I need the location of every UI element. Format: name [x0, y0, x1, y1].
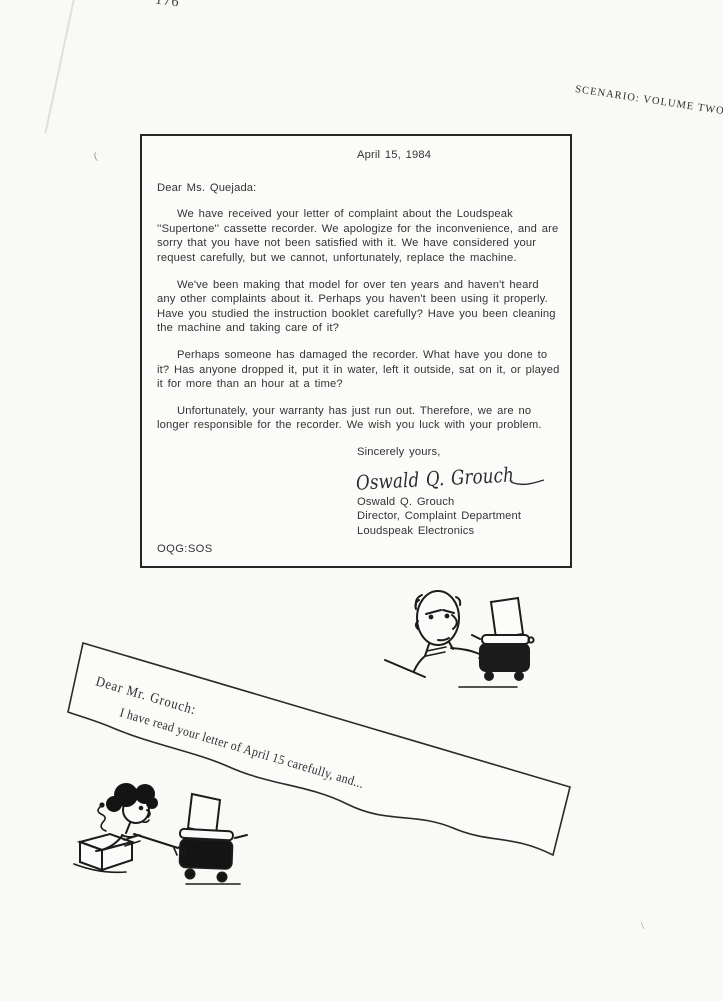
handwritten-signature: Oswald Q. Grouch [351, 461, 546, 495]
letter-document: April 15, 1984 Dear Ms. Quejada: We have… [140, 134, 572, 568]
reference-initials: OQG:SOS [157, 542, 213, 557]
page-number: 176 [154, 0, 181, 11]
typewriter-wheel [186, 870, 195, 879]
letter-closing-block: Sincerely yours, Oswald Q. Grouch Oswald… [357, 445, 560, 538]
running-head: SCENARIO: VOLUME TWO [574, 84, 723, 119]
signature-flourish [511, 480, 544, 484]
signature-script-text: Oswald Q. Grouch [355, 462, 514, 494]
hair-bun [106, 796, 122, 812]
eye [140, 807, 143, 810]
spring-tip [100, 803, 103, 806]
signer-company: Loudspeak Electronics [357, 524, 560, 539]
letter-paragraph: Unfortunately, your warranty has just ru… [157, 404, 561, 433]
eye [430, 616, 433, 619]
stray-pen-mark: \ [641, 920, 644, 932]
letter-paragraph: We have received your letter of complain… [157, 207, 561, 265]
signer-name: Oswald Q. Grouch [357, 495, 560, 510]
stray-pen-mark: ( [93, 150, 99, 163]
broken-spring [98, 806, 106, 831]
typewriter-body [180, 839, 233, 869]
signer-title: Director, Complaint Department [357, 509, 560, 524]
eye [446, 615, 449, 618]
letter-paragraph: Perhaps someone has damaged the recorder… [157, 348, 561, 392]
letter-salutation: Dear Ms. Quejada: [157, 181, 560, 196]
hair-curl [146, 797, 158, 809]
woman-typing-cartoon [70, 778, 266, 900]
typewriter-wheel [218, 873, 227, 882]
letter-paragraph: We've been making that model for over te… [157, 278, 561, 336]
letter-closing: Sincerely yours, [357, 445, 560, 460]
scanned-textbook-page: ( \ 176 SCENARIO: VOLUME TWO April 15, 1… [0, 0, 723, 1001]
neck [126, 823, 130, 833]
typewriter-paper [188, 794, 220, 834]
letter-date: April 15, 1984 [357, 148, 560, 163]
carriage-lever [235, 835, 247, 838]
scan-edge-artifact [44, 0, 75, 133]
